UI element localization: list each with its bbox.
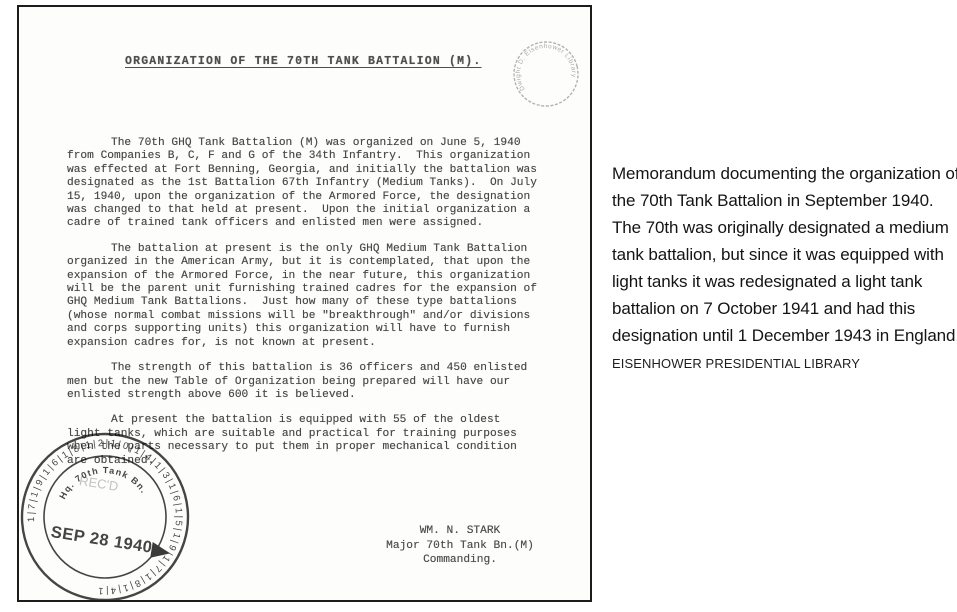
svg-text:Dwight D. Eisenhower Library: Dwight D. Eisenhower Library [508,36,579,92]
caption-text: Memorandum documenting the organization … [612,164,957,345]
signature-name: WM. N. STARK [335,524,585,539]
signature-closing: Commanding. [335,553,585,568]
caption: Memorandum documenting the organization … [612,160,957,377]
paragraph-2: The battalion at present is the only GHQ… [67,243,539,350]
received-stamp-date: SEP 28 1940 [50,523,154,557]
paragraph-3: The strength of this battalion is 36 off… [67,362,539,402]
signature-block: WM. N. STARK Major 70th Tank Bn.(M) Comm… [335,524,585,568]
figure-canvas: { "document": { "title": "ORGANIZATION O… [0,0,957,612]
received-stamp-rec-label: REC'D [78,473,119,494]
library-stamp: Dwight D. Eisenhower Library [495,23,592,125]
library-stamp-text: Dwight D. Eisenhower Library [508,36,579,92]
received-stamp: 1|7|1|9|1|6|1|8|1|2|1|0|1|4|1|3|1|6|1|5|… [17,425,197,602]
signature-rank: Major 70th Tank Bn.(M) [335,539,585,554]
caption-credit: EISENHOWER PRESIDENTIAL LIBRARY [612,356,860,371]
paragraph-1: The 70th GHQ Tank Battalion (M) was orga… [67,137,539,231]
memorandum-scan: ORGANIZATION OF THE 70TH TANK BATTALION … [17,5,592,602]
document-title: ORGANIZATION OF THE 70TH TANK BATTALION … [125,55,505,68]
